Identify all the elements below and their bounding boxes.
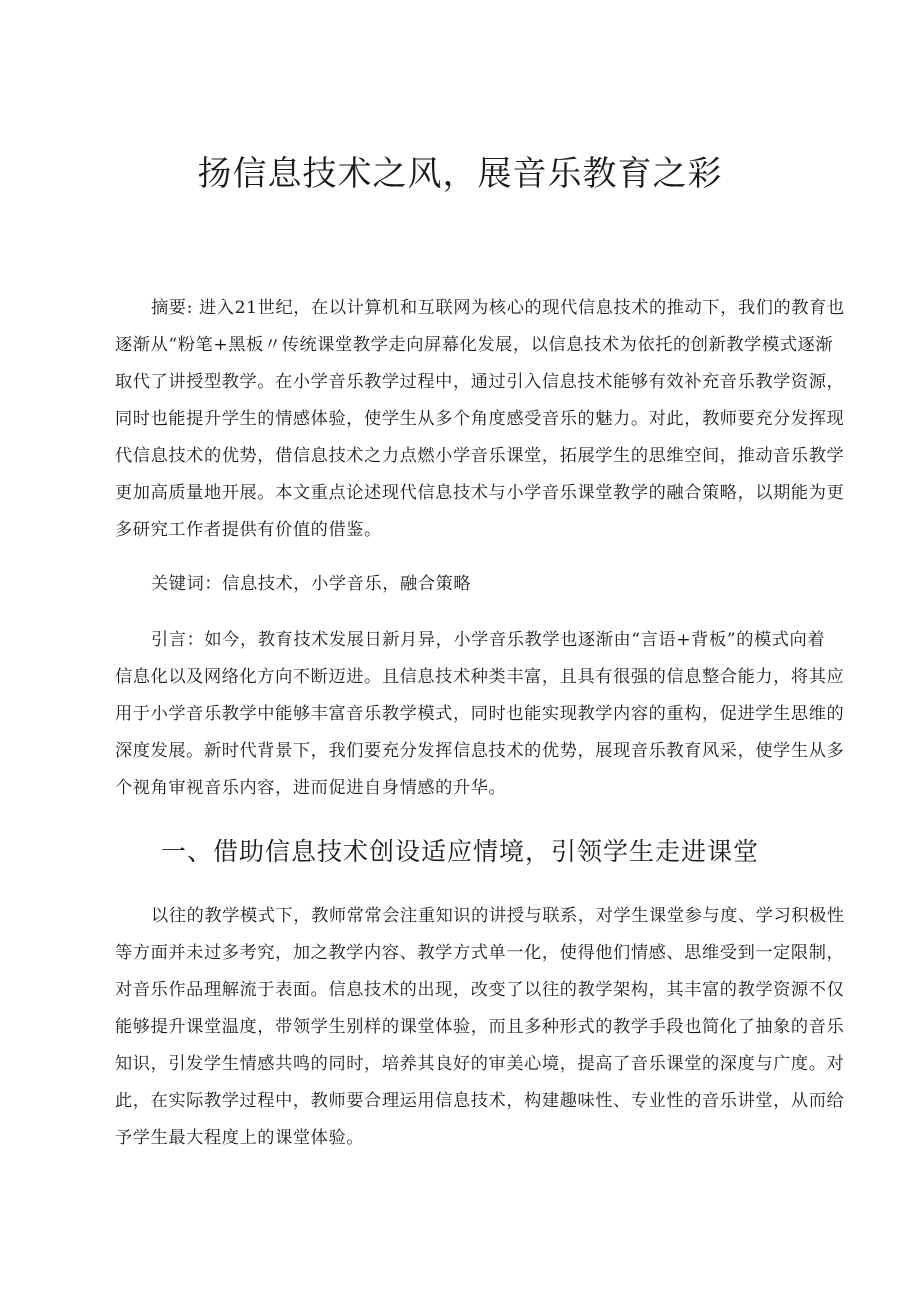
section1-line: 对音乐作品理解流于表面。信息技术的出现，改变了以往的教学架构，其丰富的教学资源不…	[115, 972, 815, 1009]
abstract-line: 摘要: 进入21世纪，在以计算机和互联网为核心的现代信息技术的推动下，我们的教育…	[115, 290, 815, 327]
introduction-line: 用于小学音乐教学中能够丰富音乐教学模式，同时也能实现教学内容的重构，促进学生思维…	[115, 696, 815, 733]
section1-line: 以往的教学模式下，教师常常会注重知识的讲授与联系，对学生课堂参与度、学习积极性	[115, 898, 815, 935]
introduction-line: 信息化以及网络化方向不断迈进。且信息技术种类丰富，且具有很强的信息整合能力，将其…	[115, 659, 815, 696]
section1-paragraph: 以往的教学模式下，教师常常会注重知识的讲授与联系，对学生课堂参与度、学习积极性 …	[115, 898, 815, 1157]
document-title: 扬信息技术之风，展音乐教育之彩	[0, 152, 920, 196]
introduction-line: 引言：如今，教育技术发展日新月异，小学音乐教学也逐渐由“言语+背板”的模式向着	[115, 622, 815, 659]
abstract-line: 多研究工作者提供有价值的借鉴。	[115, 512, 815, 549]
section-heading: 一、借助信息技术创设适应情境，引领学生走进课堂	[0, 832, 920, 872]
abstract-line: 逐渐从“粉笔+黑板〃传统课堂教学走向屏幕化发展，以信息技术为依托的创新教学模式逐…	[115, 327, 815, 364]
abstract-line: 更加高质量地开展。本文重点论述现代信息技术与小学音乐课堂教学的融合策略，以期能为…	[115, 475, 815, 512]
abstract-paragraph: 摘要: 进入21世纪，在以计算机和互联网为核心的现代信息技术的推动下，我们的教育…	[115, 290, 815, 549]
section1-line: 等方面并未过多考究，加之教学内容、教学方式单一化，使得他们情感、思维受到一定限制…	[115, 935, 815, 972]
keywords-line: 关键词：信息技术，小学音乐，融合策略	[115, 566, 815, 603]
section1-line: 知识，引发学生情感共鸣的同时，培养其良好的审美心境，提高了音乐课堂的深度与广度。…	[115, 1046, 815, 1083]
introduction-line: 个视角审视音乐内容，进而促进自身情感的升华。	[115, 770, 815, 807]
introduction-paragraph: 引言：如今，教育技术发展日新月异，小学音乐教学也逐渐由“言语+背板”的模式向着 …	[115, 622, 815, 807]
section1-line: 此，在实际教学过程中，教师要合理运用信息技术，构建趣味性、专业性的音乐讲堂，从而…	[115, 1083, 815, 1120]
abstract-line: 同时也能提升学生的情感体验，使学生从多个角度感受音乐的魅力。对此，教师要充分发挥…	[115, 401, 815, 438]
abstract-line: 代信息技术的优势，借信息技术之力点燃小学音乐课堂，拓展学生的思维空间，推动音乐教…	[115, 438, 815, 475]
introduction-line: 深度发展。新时代背景下，我们要充分发挥信息技术的优势，展现音乐教育风采，使学生从…	[115, 733, 815, 770]
section1-line: 予学生最大程度上的课堂体验。	[115, 1120, 815, 1157]
section1-line: 能够提升课堂温度，带领学生别样的课堂体验，而且多种形式的教学手段也简化了抽象的音…	[115, 1009, 815, 1046]
keywords-paragraph: 关键词：信息技术，小学音乐，融合策略	[115, 566, 815, 603]
abstract-line: 取代了讲授型教学。在小学音乐教学过程中，通过引入信息技术能够有效补充音乐教学资源…	[115, 364, 815, 401]
